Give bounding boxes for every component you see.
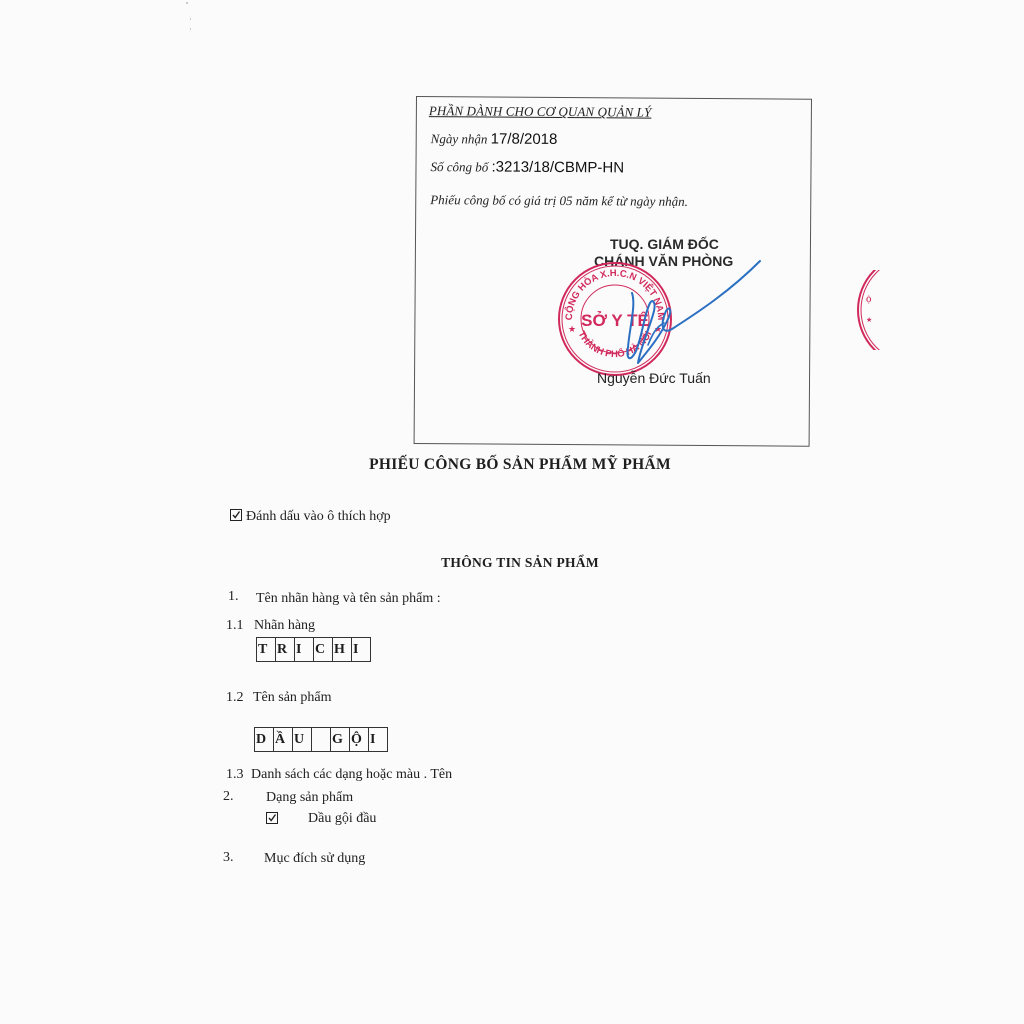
letter-box: U bbox=[293, 727, 312, 752]
letter-box: G bbox=[331, 727, 350, 752]
letter-box: C bbox=[314, 637, 333, 662]
letter-box: H bbox=[333, 637, 352, 662]
letter-box: I bbox=[352, 637, 371, 662]
check-instruction-text: Đánh dấu vào ô thích hợp bbox=[246, 509, 391, 524]
product-type-checkbox[interactable] bbox=[266, 810, 282, 828]
item-1-label: Tên nhãn hàng và tên sản phẩm : bbox=[256, 591, 441, 607]
product-type-option: Dầu gội đầu bbox=[308, 811, 376, 827]
letter-box bbox=[312, 727, 331, 752]
letter-box: Ộ bbox=[350, 727, 369, 752]
letter-box: T bbox=[257, 637, 276, 662]
letter-box: Ầ bbox=[274, 727, 293, 752]
item-1-3-label: Danh sách các dạng hoặc màu . Tên bbox=[251, 767, 452, 783]
announcement-number-row: Số công bố :3213/18/CBMP-HN bbox=[430, 158, 624, 176]
validity-note: Phiếu công bố có giá trị 05 năm kể từ ng… bbox=[430, 192, 688, 210]
letter-box: I bbox=[369, 727, 388, 752]
received-date-value: 17/8/2018 bbox=[491, 131, 558, 148]
scan-speck bbox=[186, 2, 188, 4]
svg-text:★: ★ bbox=[568, 324, 576, 334]
checked-checkbox-icon bbox=[230, 509, 242, 521]
letter-box: R bbox=[276, 637, 295, 662]
section-title: THÔNG TIN SẢN PHẨM bbox=[0, 555, 1024, 571]
document-title: PHIẾU CÔNG BỐ SẢN PHẨM MỸ PHẨM bbox=[0, 456, 1024, 474]
received-date-row: Ngày nhận 17/8/2018 bbox=[431, 130, 558, 148]
item-1-2-number: 1.2 bbox=[226, 690, 244, 706]
svg-text:Ộ: Ộ bbox=[866, 296, 872, 304]
received-date-label: Ngày nhận bbox=[431, 131, 488, 146]
item-1-3-number: 1.3 bbox=[226, 767, 244, 783]
checked-checkbox-icon bbox=[266, 812, 278, 824]
scan-speck bbox=[190, 28, 191, 30]
signatory-title-1: TUQ. GIÁM ĐỐC bbox=[610, 236, 719, 252]
admin-section-heading: PHẦN DÀNH CHO CƠ QUAN QUẢN LÝ bbox=[429, 103, 652, 121]
letter-box: I bbox=[295, 637, 314, 662]
item-3-number: 3. bbox=[223, 850, 234, 866]
letter-box: D bbox=[255, 727, 274, 752]
item-2-number: 2. bbox=[223, 789, 234, 805]
product-name-boxes: D Ầ U G Ộ I bbox=[254, 727, 388, 752]
item-1-number: 1. bbox=[228, 589, 239, 605]
item-1-1-number: 1.1 bbox=[226, 618, 244, 634]
announcement-number-value: :3213/18/CBMP-HN bbox=[491, 159, 624, 177]
item-2-label: Dạng sản phẩm bbox=[266, 790, 353, 806]
check-instruction-row: Đánh dấu vào ô thích hợp bbox=[230, 509, 391, 525]
brand-name-boxes: T R I C H I bbox=[256, 637, 371, 662]
item-3-label: Mục đích sử dụng bbox=[264, 851, 365, 867]
item-1-1-label: Nhãn hàng bbox=[254, 618, 315, 634]
item-1-2-label: Tên sản phẩm bbox=[253, 690, 332, 706]
signer-name: Nguyễn Đức Tuấn bbox=[597, 370, 711, 386]
partial-stamp-icon: Ộ ★ bbox=[856, 270, 896, 350]
scan-speck bbox=[190, 18, 191, 20]
svg-text:★: ★ bbox=[866, 316, 872, 324]
announcement-number-label: Số công bố bbox=[430, 159, 488, 174]
